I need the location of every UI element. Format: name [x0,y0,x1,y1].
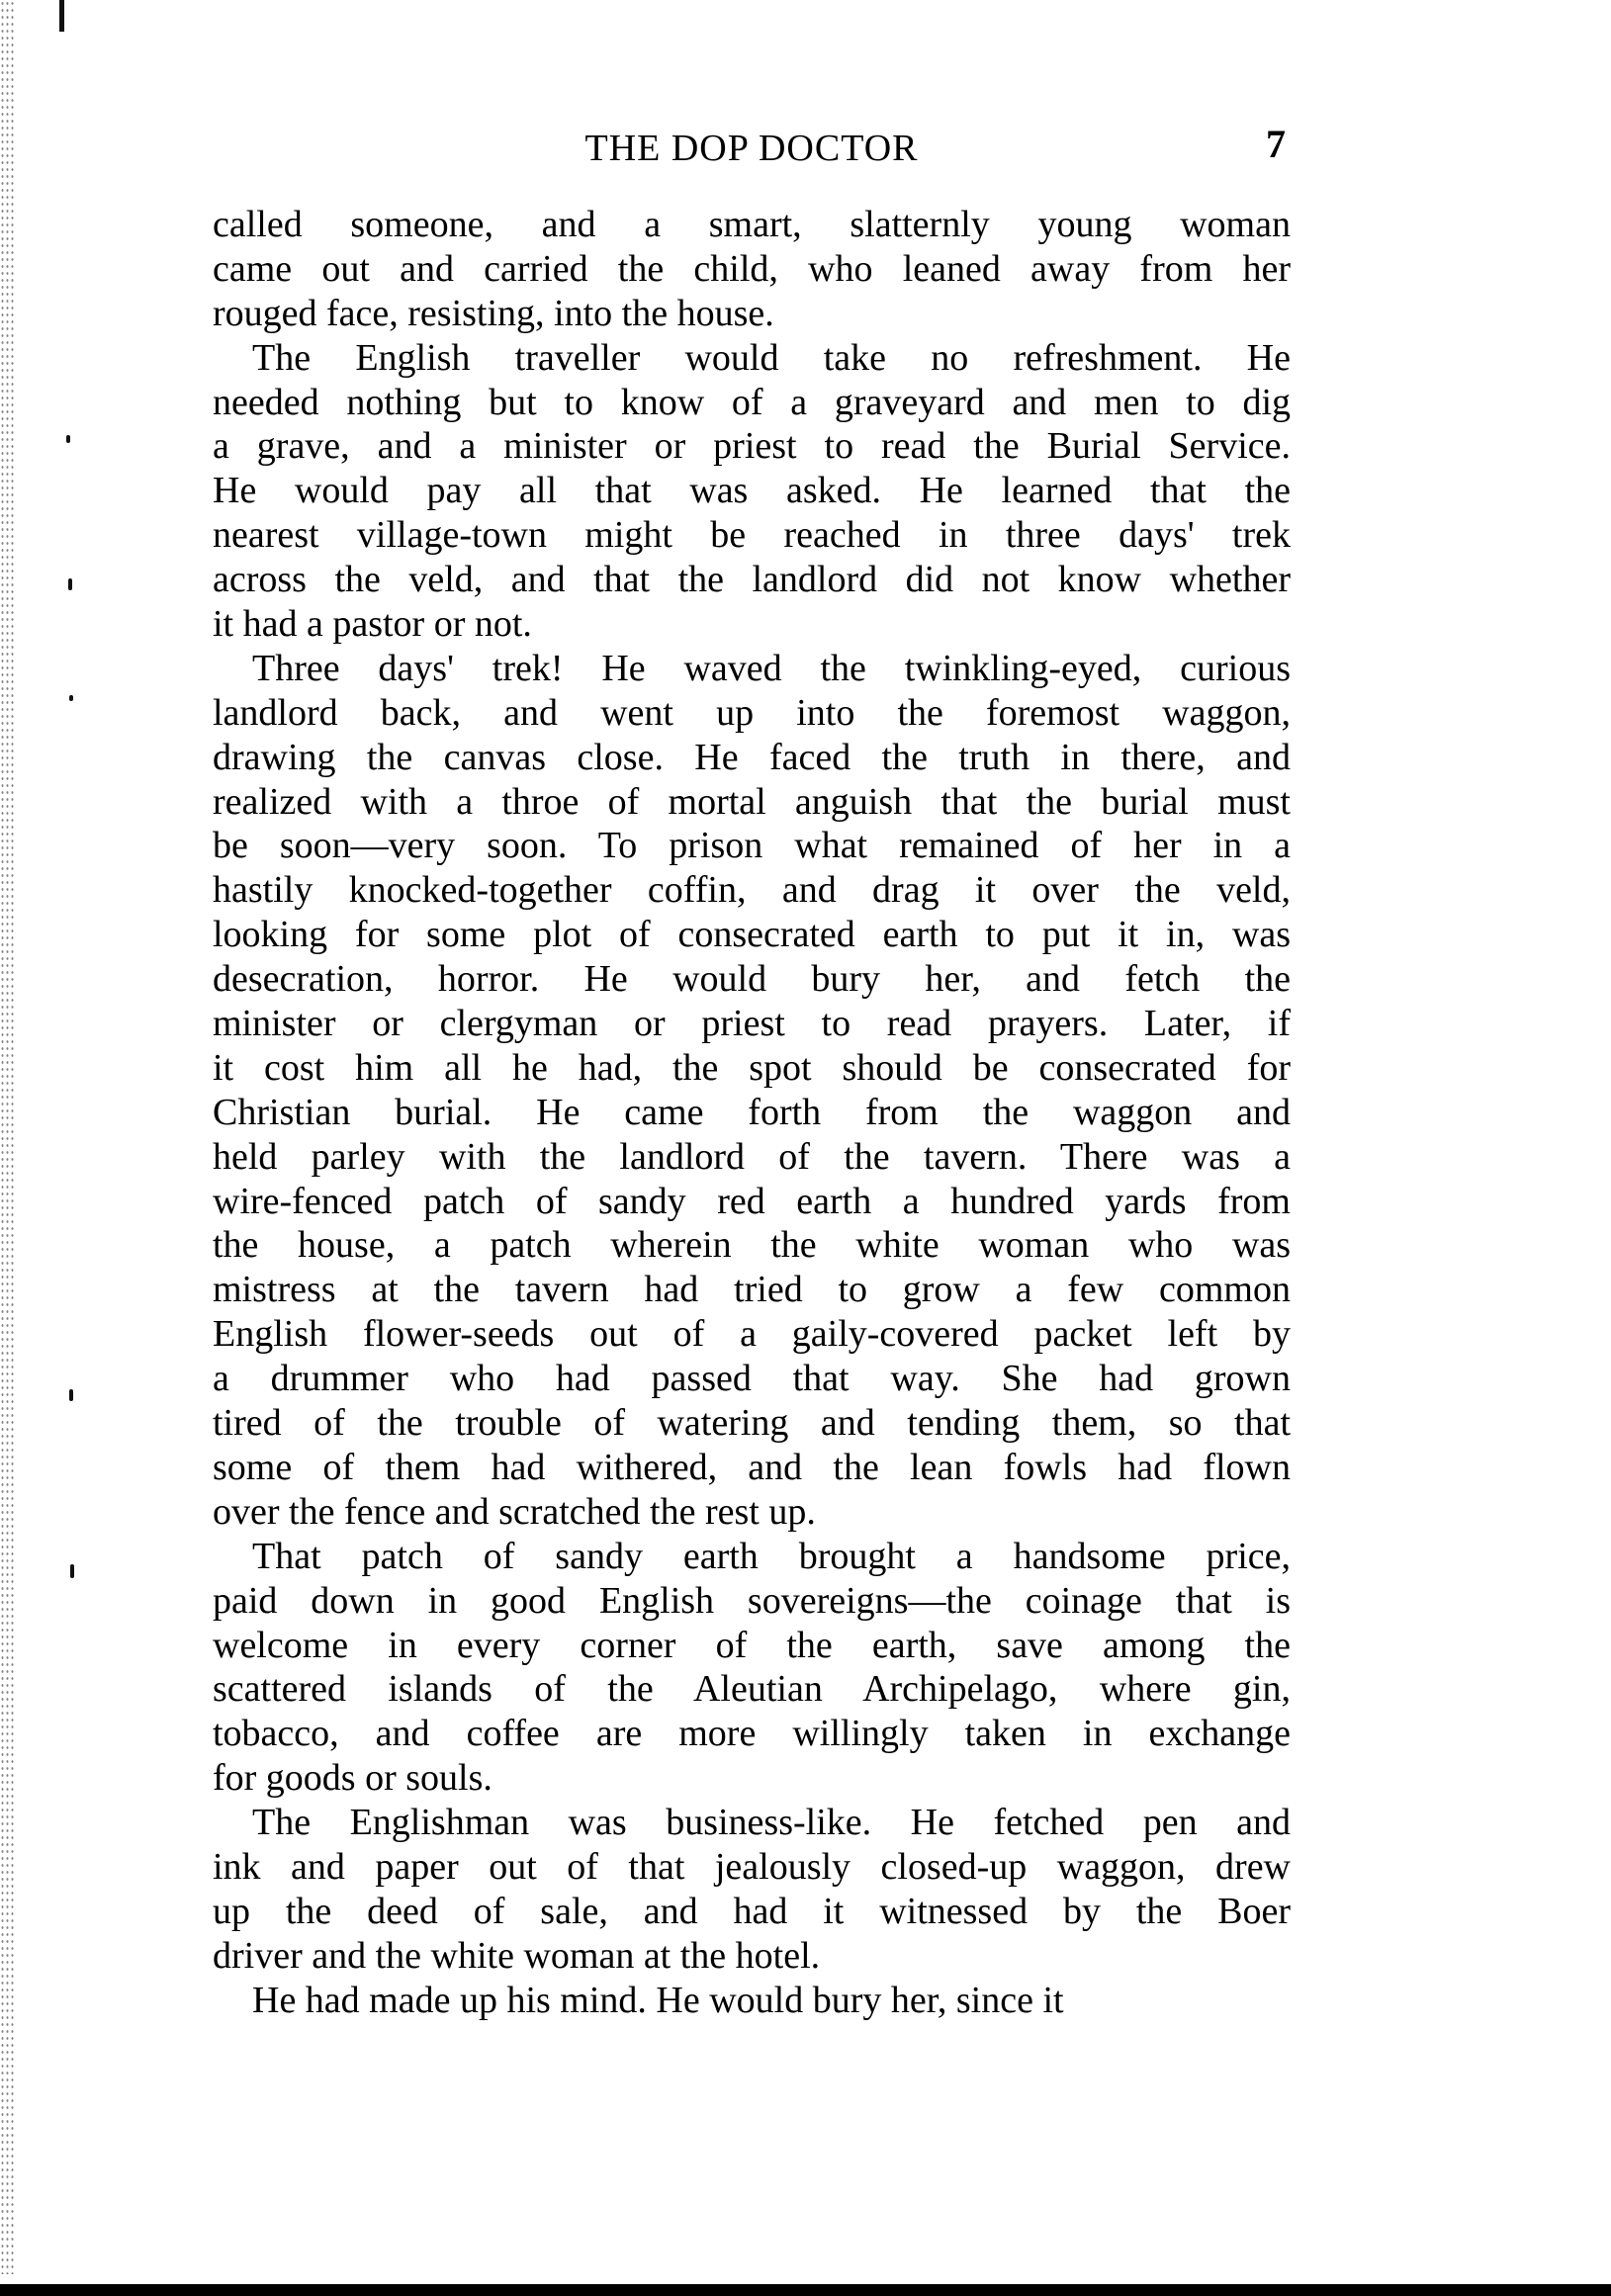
paragraph: The English traveller would take no refr… [213,336,1291,647]
text-line: welcome in every corner of the earth, sa… [213,1624,1291,1668]
text-line: rouged face, resisting, into the house. [213,292,1291,336]
text-line: paid down in good English sovereigns—the… [213,1579,1291,1624]
text-line: scattered islands of the Aleutian Archip… [213,1667,1291,1712]
text-line: be soon—very soon. To prison what remain… [213,824,1291,868]
text-line: looking for some plot of consecrated ear… [213,913,1291,957]
text-line: mistress at the tavern had tried to grow… [213,1268,1291,1312]
text-line: for goods or souls. [213,1756,1291,1801]
text-line: Three days' trek! He waved the twinkling… [213,647,1291,691]
body-text: called someone, and a smart, slatternly … [213,203,1291,2023]
text-line: held parley with the landlord of the tav… [213,1135,1291,1180]
text-line: needed nothing but to know of a graveyar… [213,381,1291,425]
text-line: some of them had withered, and the lean … [213,1446,1291,1490]
paragraph: He had made up his mind. He would bury h… [213,1979,1291,2023]
binding-mark [59,0,64,32]
scan-edge-noise [0,0,14,2274]
margin-speck [69,695,73,701]
paragraph: called someone, and a smart, slatternly … [213,203,1291,336]
text-line: The Englishman was business-like. He fet… [213,1801,1291,1845]
text-line: called someone, and a smart, slatternly … [213,203,1291,247]
paragraph: The Englishman was business-like. He fet… [213,1801,1291,1979]
text-line: The English traveller would take no refr… [213,336,1291,381]
page-header: THE DOP DOCTOR 7 [218,127,1286,186]
text-line: That patch of sandy earth brought a hand… [213,1535,1291,1579]
text-line: driver and the white woman at the hotel. [213,1934,1291,1979]
text-line: wire-fenced patch of sandy red earth a h… [213,1180,1291,1224]
text-line: ink and paper out of that jealously clos… [213,1845,1291,1890]
text-line: Christian burial. He came forth from the… [213,1091,1291,1135]
text-line: came out and carried the child, who lean… [213,247,1291,292]
page-number: 7 [1266,121,1286,167]
text-line: landlord back, and went up into the fore… [213,691,1291,736]
text-line: up the deed of sale, and had it witnesse… [213,1890,1291,1934]
text-line: English flower-seeds out of a gaily-cove… [213,1312,1291,1357]
text-line: a grave, and a minister or priest to rea… [213,424,1291,469]
text-line: tired of the trouble of watering and ten… [213,1401,1291,1446]
text-line: He had made up his mind. He would bury h… [213,1979,1291,2023]
text-line: He would pay all that was asked. He lear… [213,469,1291,513]
text-line: minister or clergyman or priest to read … [213,1002,1291,1046]
text-line: the house, a patch wherein the white wom… [213,1223,1291,1268]
paragraph: Three days' trek! He waved the twinkling… [213,647,1291,1535]
running-title: THE DOP DOCTOR [218,127,1286,170]
margin-speck [68,578,72,590]
margin-speck [70,1564,74,1578]
text-line: hastily knocked-together coffin, and dra… [213,868,1291,913]
scan-bottom-border [0,2284,1611,2296]
text-line: tobacco, and coffee are more willingly t… [213,1712,1291,1756]
text-line: a drummer who had passed that way. She h… [213,1357,1291,1401]
text-line: across the veld, and that the landlord d… [213,558,1291,602]
text-line: desecration, horror. He would bury her, … [213,957,1291,1002]
margin-speck [66,435,70,443]
text-line: over the fence and scratched the rest up… [213,1490,1291,1535]
paragraph: That patch of sandy earth brought a hand… [213,1535,1291,1801]
text-line: nearest village-town might be reached in… [213,513,1291,558]
text-line: it had a pastor or not. [213,602,1291,647]
text-line: realized with a throe of mortal anguish … [213,780,1291,825]
text-line: it cost him all he had, the spot should … [213,1046,1291,1091]
text-line: drawing the canvas close. He faced the t… [213,736,1291,780]
margin-speck [69,1389,73,1401]
